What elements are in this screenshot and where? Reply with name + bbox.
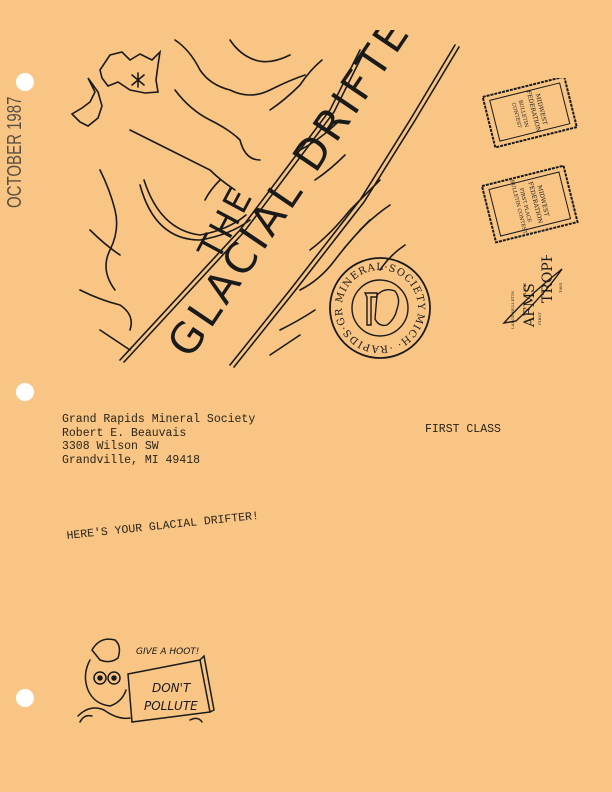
postage-class: FIRST CLASS <box>425 423 501 436</box>
svg-text:MICH·: MICH· <box>394 312 426 350</box>
binder-hole-middle <box>16 383 34 401</box>
return-address: Grand Rapids Mineral Society Robert E. B… <box>62 413 255 467</box>
afms-trophy-badge: LARGE BULLETIN AFMS FIRST PLACE TROPHY 1… <box>484 255 580 335</box>
society-seal: MINERAL·SOCIETY MICH· ·RAPIDS·GRAND· <box>325 253 435 363</box>
svg-text:LARGE BULLETIN: LARGE BULLETIN <box>510 290 515 329</box>
sign-text-line2: POLLUTE <box>144 699 198 713</box>
svg-text:1985: 1985 <box>558 282 563 293</box>
seal-text-right: MICH· <box>394 312 426 350</box>
bulletin-award-badge-2: MIDWEST FEDERATION FIRST PLACE BULLETIN … <box>480 165 580 245</box>
owl-mascot-cartoon: GIVE A HOOT! DON'T POLLUTE <box>70 630 220 730</box>
address-line-city: Grandville, MI 49418 <box>62 454 255 468</box>
svg-text:FIRST: FIRST <box>537 312 542 325</box>
sign-text-line1: DON'T <box>152 681 192 695</box>
trophy-label: TROPHY <box>540 255 556 303</box>
address-line-organization: Grand Rapids Mineral Society <box>62 413 255 427</box>
owl-hat-icon <box>92 639 119 661</box>
binder-hole-top <box>16 73 34 91</box>
bulletin-award-badge-1: MIDWEST FEDERATION BULLETIN CONTEST <box>480 78 580 148</box>
issue-date: OCTOBER 1987 <box>4 97 27 208</box>
svg-text:PLACE: PLACE <box>522 283 527 297</box>
greeting-text: HERE'S YOUR GLACIAL DRIFTER! <box>66 510 260 543</box>
mascot-speech: GIVE A HOOT! <box>136 647 199 657</box>
binder-hole-bottom <box>16 689 34 707</box>
hammer-rock-icon <box>365 290 399 326</box>
address-line-name: Robert E. Beauvais <box>62 427 255 441</box>
address-line-street: 3308 Wilson SW <box>62 440 255 454</box>
